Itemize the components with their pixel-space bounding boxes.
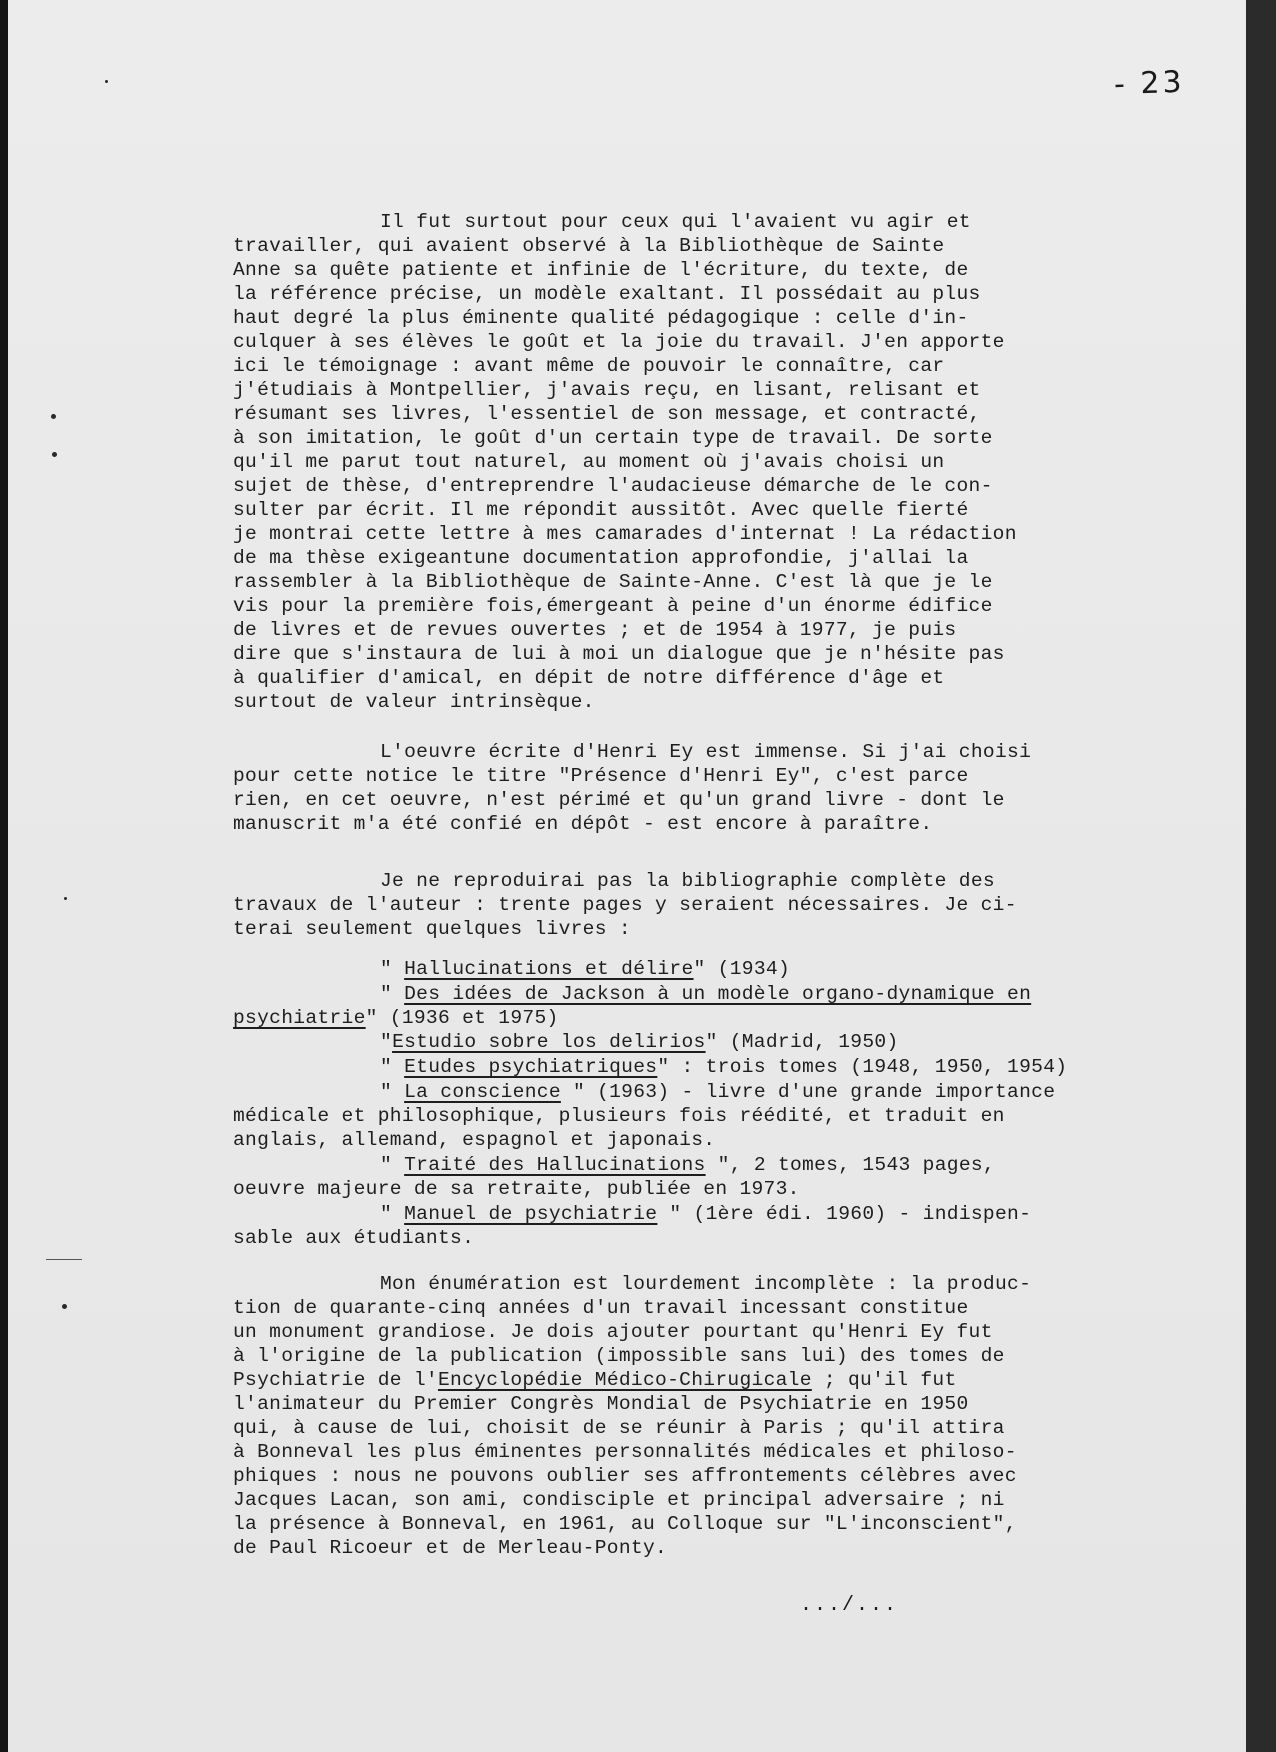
bibliography-item: " Etudes psychiatriques" : trois tomes (…	[380, 1055, 1067, 1079]
bibliography-item: " Manuel de psychiatrie " (1ère édi. 196…	[380, 1202, 1031, 1226]
bibliography-item-continued: anglais, allemand, espagnol et japonais.	[233, 1128, 715, 1152]
margin-speck	[52, 452, 57, 457]
text-line: de Paul Ricoeur et de Merleau-Ponty.	[233, 1536, 667, 1560]
book-details: " (Madrid, 1950)	[706, 1031, 899, 1053]
bibliography-item: " Hallucinations et délire" (1934)	[380, 957, 790, 981]
book-details: " : trois tomes (1948, 1950, 1954)	[657, 1056, 1067, 1078]
text-line: résumant ses livres, l'essentiel de son …	[233, 402, 981, 426]
book-details: " (1936 et 1975)	[366, 1007, 559, 1029]
text-line: un monument grandiose. Je dois ajouter p…	[233, 1320, 993, 1344]
text-line: haut degré la plus éminente qualité péda…	[233, 306, 969, 330]
text-line: la présence à Bonneval, en 1961, au Coll…	[233, 1512, 1017, 1536]
text-line: Anne sa quête patiente et infinie de l'é…	[233, 258, 969, 282]
text-line: tion de quarante-cinq années d'un travai…	[233, 1296, 969, 1320]
text-line: terai seulement quelques livres :	[233, 917, 631, 941]
book-title: Hallucinations et délire	[404, 958, 693, 980]
text-line: Je ne reproduirai pas la bibliographie c…	[380, 869, 995, 893]
margin-speck	[51, 414, 56, 419]
quote-mark: "	[380, 1056, 404, 1078]
text-line: de livres et de revues ouvertes ; et de …	[233, 618, 957, 642]
quote-mark: "	[380, 958, 404, 980]
bibliography-item-continued: psychiatrie" (1936 et 1975)	[233, 1006, 559, 1030]
text-line: à son imitation, le goût d'un certain ty…	[233, 426, 993, 450]
text-line: Psychiatrie de l'Encyclopédie Médico-Chi…	[233, 1368, 957, 1392]
margin-speck	[62, 1304, 67, 1309]
bibliography-item-continued: médicale et philosophique, plusieurs foi…	[233, 1104, 1005, 1128]
scan-edge-left	[0, 0, 8, 1752]
text-line: l'animateur du Premier Congrès Mondial d…	[233, 1392, 969, 1416]
text-line: à qualifier d'amical, en dépit de notre …	[233, 666, 944, 690]
margin-speck	[64, 897, 67, 900]
text-line: Il fut surtout pour ceux qui l'avaient v…	[380, 210, 971, 234]
text-line: manuscrit m'a été confié en dépôt - est …	[233, 812, 932, 836]
text-line: L'oeuvre écrite d'Henri Ey est immense. …	[380, 740, 1031, 764]
quote-mark: "	[380, 1081, 404, 1103]
quote-mark: "	[380, 1203, 404, 1225]
book-title: La conscience	[404, 1081, 561, 1103]
encyclopedia-title: Encyclopédie Médico-Chirugicale	[438, 1369, 812, 1391]
quote-mark: "	[380, 1031, 392, 1053]
text-line: travaux de l'auteur : trente pages y ser…	[233, 893, 1017, 917]
book-details: " (1ère édi. 1960) - indispen-	[657, 1203, 1031, 1225]
book-details: ", 2 tomes, 1543 pages,	[706, 1154, 995, 1176]
text-line: je montrai cette lettre à mes camarades …	[233, 522, 1017, 546]
text-line: qu'il me parut tout naturel, au moment o…	[233, 450, 944, 474]
bibliography-item: " La conscience " (1963) - livre d'une g…	[380, 1080, 1055, 1104]
text-line: sulter par écrit. Il me répondit aussitô…	[233, 498, 969, 522]
text-line: à l'origine de la publication (impossibl…	[233, 1344, 1005, 1368]
book-title: Des idées de Jackson à un modèle organo-…	[404, 983, 1031, 1005]
margin-mark	[46, 1259, 82, 1260]
book-title: Estudio sobre los delirios	[392, 1031, 706, 1053]
text-line: rassembler à la Bibliothèque de Sainte-A…	[233, 570, 993, 594]
text-line: pour cette notice le titre "Présence d'H…	[233, 764, 969, 788]
text-line: à Bonneval les plus éminentes personnali…	[233, 1440, 1017, 1464]
text-line: ici le témoignage : avant même de pouvoi…	[233, 354, 944, 378]
text-line: Mon énumération est lourdement incomplèt…	[380, 1272, 1031, 1296]
text-line: dire que s'instaura de lui à moi un dial…	[233, 642, 1005, 666]
book-title: psychiatrie	[233, 1007, 366, 1029]
text-line: phiques : nous ne pouvons oublier ses af…	[233, 1464, 1017, 1488]
text-line: de ma thèse exigeantune documentation ap…	[233, 546, 969, 570]
scan-edge-right	[1246, 0, 1276, 1752]
bibliography-item-continued: oeuvre majeure de sa retraite, publiée e…	[233, 1177, 800, 1201]
text-line: surtout de valeur intrinsèque.	[233, 690, 595, 714]
text-line: culquer à ses élèves le goût et la joie …	[233, 330, 1005, 354]
quote-mark: "	[380, 1154, 404, 1176]
text-fragment: Psychiatrie de l'	[233, 1369, 438, 1391]
page-number: - 23	[1113, 65, 1185, 102]
text-line: j'étudiais à Montpellier, j'avais reçu, …	[233, 378, 981, 402]
book-title: Manuel de psychiatrie	[404, 1203, 657, 1225]
book-details: " (1963) - livre d'une grande importance	[561, 1081, 1055, 1103]
quote-mark: "	[380, 983, 404, 1005]
bibliography-item: " Traité des Hallucinations ", 2 tomes, …	[380, 1153, 995, 1177]
margin-speck	[105, 80, 108, 83]
text-line: sujet de thèse, d'entreprendre l'audacie…	[233, 474, 993, 498]
bibliography-item: " Des idées de Jackson à un modèle organ…	[380, 982, 1031, 1006]
text-line: rien, en cet oeuvre, n'est périmé et qu'…	[233, 788, 1005, 812]
bibliography-item: "Estudio sobre los delirios" (Madrid, 19…	[380, 1030, 899, 1054]
text-line: Jacques Lacan, son ami, condisciple et p…	[233, 1488, 1005, 1512]
text-line: travailler, qui avaient observé à la Bib…	[233, 234, 944, 258]
book-details: " (1934)	[694, 958, 790, 980]
text-fragment: ; qu'il fut	[812, 1369, 957, 1391]
book-title: Etudes psychiatriques	[404, 1056, 657, 1078]
text-line: vis pour la première fois,émergeant à pe…	[233, 594, 993, 618]
text-line: la référence précise, un modèle exaltant…	[233, 282, 981, 306]
book-title: Traité des Hallucinations	[404, 1154, 705, 1176]
continuation-mark: .../...	[800, 1594, 898, 1617]
text-line: qui, à cause de lui, choisit de se réuni…	[233, 1416, 1005, 1440]
bibliography-item-continued: sable aux étudiants.	[233, 1226, 474, 1250]
